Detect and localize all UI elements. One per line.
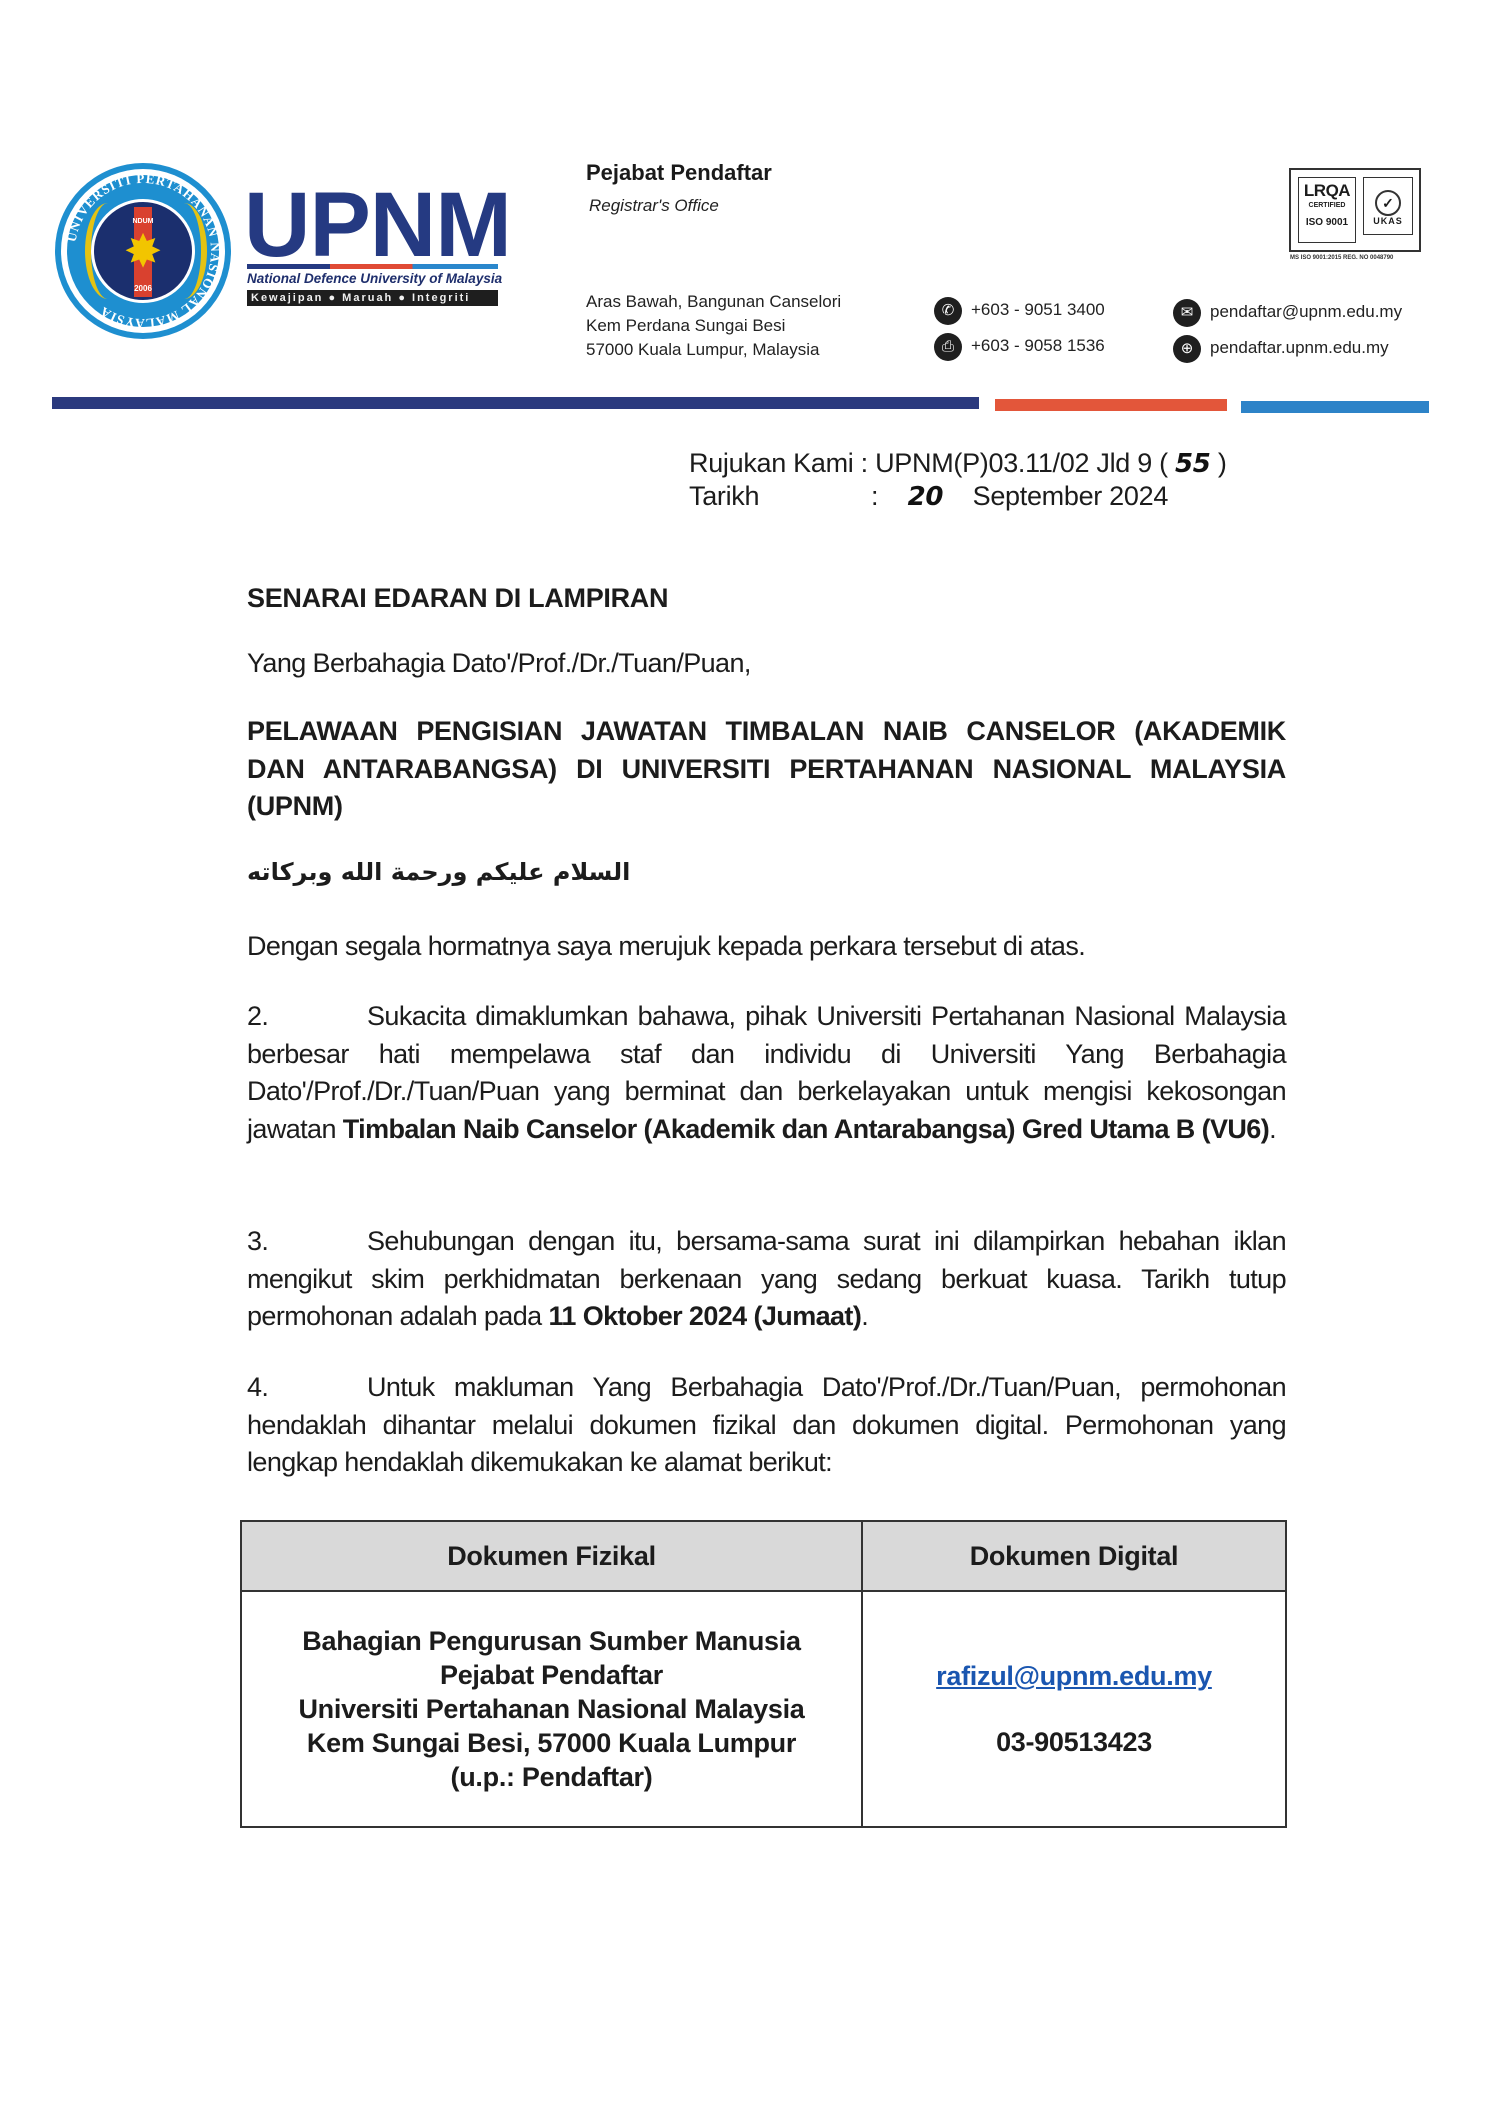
iso-standard-label: ISO 9001 <box>1299 217 1355 228</box>
office-subtitle: Registrar's Office <box>589 196 719 216</box>
iso-certification-badge: LRQA CERTIFIED ISO 9001 ✓ UKAS <box>1289 168 1421 252</box>
brand-subtitle: National Defence University of Malaysia <box>247 271 502 286</box>
header-stripe-blue <box>52 397 979 409</box>
paragraph-4: 4.Untuk makluman Yang Berbahagia Dato'/P… <box>247 1369 1286 1482</box>
recipient-heading: SENARAI EDARAN DI LAMPIRAN <box>247 580 1286 618</box>
salutation: Yang Berbahagia Dato'/Prof./Dr./Tuan/Pua… <box>247 645 1286 683</box>
date-value: September 2024 <box>973 481 1168 511</box>
certified-label: CERTIFIED <box>1299 202 1355 209</box>
subject-title: PELAWAAN PENGISIAN JAWATAN TIMBALAN NAIB… <box>247 713 1286 826</box>
submission-email-link[interactable]: rafizul@upnm.edu.my <box>864 1659 1284 1693</box>
office-email[interactable]: pendaftar@upnm.edu.my <box>1210 302 1402 322</box>
submission-phone: 03-90513423 <box>864 1725 1284 1759</box>
brand-stripe <box>247 264 498 269</box>
arabic-greeting: السلام عليكم ورحمة الله وبركاته <box>247 858 630 886</box>
paragraph-3: 3.Sehubungan dengan itu, bersama-sama su… <box>247 1223 1286 1336</box>
submission-address-table: Dokumen Fizikal Dokumen Digital Bahagian… <box>240 1520 1287 1828</box>
svg-text:2006: 2006 <box>134 284 152 293</box>
fax-icon: ⎙ <box>934 333 962 361</box>
phone-icon: ✆ <box>934 297 962 325</box>
date-label: Tarikh <box>689 481 871 512</box>
fax-number: +603 - 9058 1536 <box>971 336 1105 356</box>
brand-wordmark: UPNM <box>244 180 511 270</box>
paragraph-number: 4. <box>247 1369 367 1407</box>
physical-address-cell: Bahagian Pengurusan Sumber Manusia Pejab… <box>241 1591 862 1827</box>
position-title: Timbalan Naib Canselor (Akademik dan Ant… <box>343 1114 1269 1144</box>
office-title: Pejabat Pendaftar <box>586 160 772 186</box>
svg-text:UNIVERSITI PERTAHANAN NASIONAL: UNIVERSITI PERTAHANAN NASIONAL MALAYSIA <box>64 171 224 331</box>
closing-date: 11 Oktober 2024 (Jumaat) <box>548 1301 861 1331</box>
address-line: Aras Bawah, Bangunan Canselori <box>586 292 841 312</box>
checkmark-icon: ✓ <box>1375 190 1401 216</box>
column-header-digital: Dokumen Digital <box>862 1521 1286 1591</box>
email-icon: ✉ <box>1173 299 1201 327</box>
paragraph-2: 2.Sukacita dimaklumkan bahawa, pihak Uni… <box>247 998 1286 1148</box>
globe-icon: ⊕ <box>1173 335 1201 363</box>
office-website[interactable]: pendaftar.upnm.edu.my <box>1210 338 1389 358</box>
ukas-label: UKAS <box>1364 216 1412 226</box>
reference-value: UPNM(P)03.11/02 Jld 9 ( <box>875 448 1168 478</box>
column-header-physical: Dokumen Fizikal <box>241 1521 862 1591</box>
reference-line: Rujukan Kami : UPNM(P)03.11/02 Jld 9 ( 5… <box>689 448 1227 479</box>
address-line: Kem Perdana Sungai Besi <box>586 316 785 336</box>
paragraph-number: 2. <box>247 998 367 1036</box>
opening-line: Dengan segala hormatnya saya merujuk kep… <box>247 928 1286 966</box>
date-line: Tarikh: 20 September 2024 <box>689 481 1168 512</box>
paragraph-number: 3. <box>247 1223 367 1261</box>
lrqa-label: LRQA <box>1299 181 1355 201</box>
header-stripe-lightblue <box>1241 401 1429 413</box>
digital-contact-cell: rafizul@upnm.edu.my 03-90513423 <box>862 1591 1286 1827</box>
university-seal-logo: ✸ UNIVERSITI PERTAHANAN NASIONAL MALAYSI… <box>55 163 231 339</box>
reference-label: Rujukan Kami <box>689 448 853 478</box>
phone-number: +603 - 9051 3400 <box>971 300 1105 320</box>
brand-tagline: Kewajipan ● Maruah ● Integriti <box>247 290 498 306</box>
iso-registration-note: MS ISO 9001:2015 REG. NO 0048790 <box>1290 255 1393 261</box>
address-line: 57000 Kuala Lumpur, Malaysia <box>586 340 819 360</box>
svg-text:NDUM: NDUM <box>133 218 154 225</box>
date-day-handwritten: 20 <box>885 482 965 512</box>
reference-handwritten-number: 55 <box>1175 449 1211 479</box>
header-stripe-red <box>995 399 1227 411</box>
